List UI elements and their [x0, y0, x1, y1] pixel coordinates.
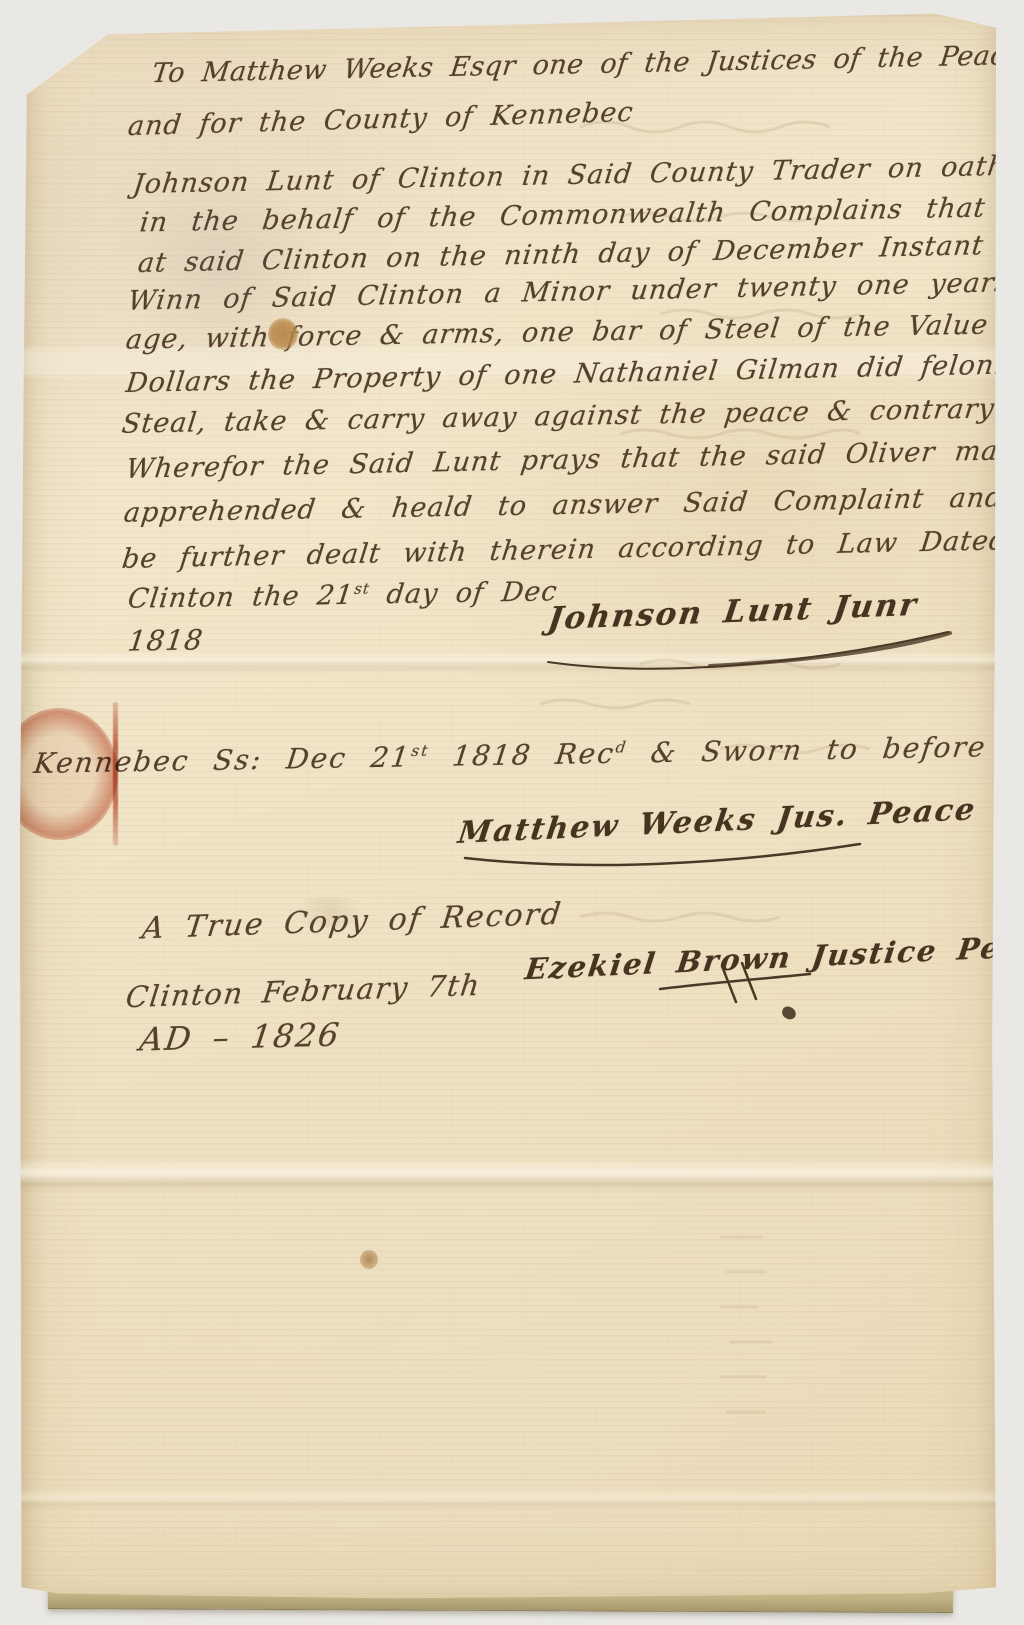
jurat-post: & Sworn to before me	[625, 729, 1024, 770]
body-line-8: Wherefor the Said Lunt prays that the sa…	[124, 434, 1024, 485]
body-line-5: age, with force & arms, one bar of Steel…	[124, 307, 1024, 355]
ink-blot	[780, 1005, 797, 1021]
body-line-9: apprehended & heald to answer Said Compl…	[122, 482, 1005, 528]
complainant-signature: Johnson Lunt Junr	[546, 587, 921, 637]
address-line-1: To Matthew Weeks Esqr one of the Justice…	[150, 38, 1024, 90]
jurat-ordinal: st	[410, 742, 430, 760]
fold-crease-bottom	[20, 1488, 998, 1510]
certification-line: A True Copy of Record	[140, 897, 564, 947]
dateline-year: 1818	[126, 623, 205, 657]
dateline-post: day of Dec	[367, 576, 559, 610]
address-line-2: and for the County of Kennebec	[126, 97, 635, 142]
manuscript-page: To Matthew Weeks Esqr one of the Justice…	[20, 12, 998, 1600]
jurat-pre: Kennebec Ss: Dec 21	[32, 740, 413, 780]
brown-stain-lower	[360, 1250, 378, 1269]
dateline: Clinton the 21st day of Dec	[126, 576, 559, 615]
body-line-10: be further dealt with therein according …	[120, 524, 1024, 575]
justice-signature: Matthew Weeks Jus. Peace	[456, 792, 979, 851]
body-line-6: Dollars the Property of one Nathaniel Gi…	[124, 348, 1024, 399]
copy-place-date: Clinton February 7th	[124, 968, 483, 1015]
scan-background: To Matthew Weeks Esqr one of the Justice…	[0, 0, 1024, 1625]
copy-year: AD – 1826	[137, 1015, 343, 1058]
body-line-2: in the behalf of the Commonwealth Compla…	[138, 193, 987, 239]
body-line-7: Steal, take & carry away against the pea…	[120, 391, 1024, 439]
copy-signature: Ezekiel Brown Justice Peace	[523, 928, 1024, 987]
jurat-line: Kennebec Ss: Dec 21st 1818 Recd & Sworn …	[32, 729, 1024, 780]
body-line-1: Johnson Lunt of Clinton in Said County T…	[131, 151, 1007, 200]
fold-crease-lower	[20, 1158, 998, 1192]
dateline-pre: Clinton the 21	[126, 580, 355, 615]
jurat-mid: 1818 Rec	[427, 737, 617, 773]
